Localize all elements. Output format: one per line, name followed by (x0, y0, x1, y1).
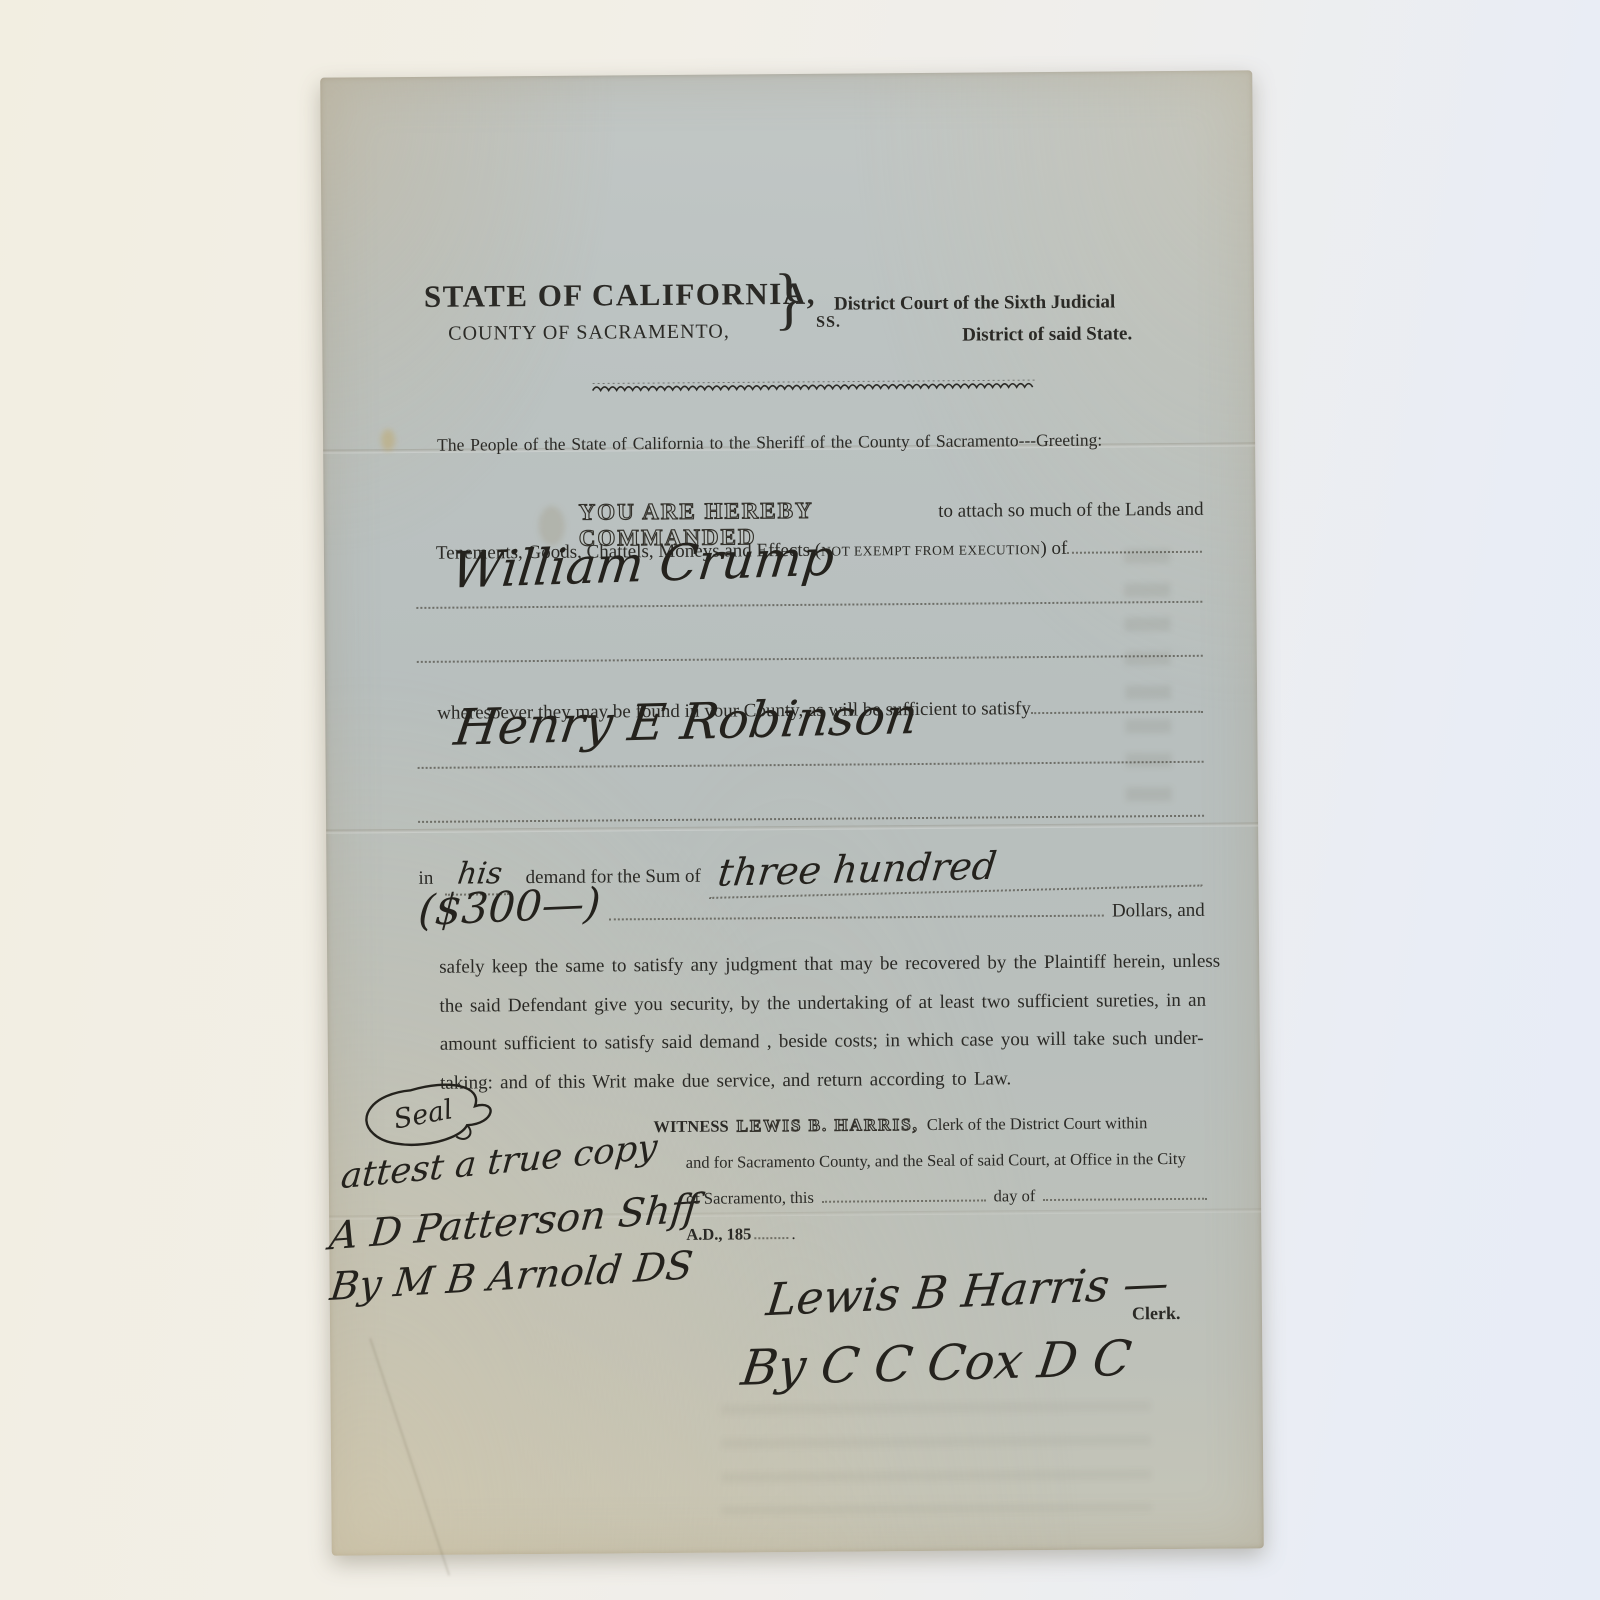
effects-smallcaps-text: NOT EXEMPT FROM EXECUTION (821, 542, 1041, 560)
plaintiff-name-handwriting: Henry E Robinson (451, 687, 922, 757)
diagonal-crease (369, 1338, 450, 1576)
effects-after-text: ) of (1040, 538, 1067, 560)
document-paper: STATE OF CALIFORNIA, COUNTY OF SACRAMENT… (320, 70, 1264, 1555)
defendant-name-handwriting: William Crump (448, 529, 837, 600)
seal-word-handwriting: Seal (391, 1094, 455, 1135)
wavy-divider (591, 378, 1037, 396)
blank-fill-line (1067, 551, 1202, 554)
ruled-dotted-line (416, 599, 1202, 609)
salutation-line: The People of the State of California to… (437, 430, 1102, 456)
witness-line2: and for Sacramento County, and the Seal … (686, 1149, 1186, 1173)
body-paragraph: safely keep the same to satisfy any judg… (439, 943, 1221, 1103)
witness-this-text: of Sacramento, this (686, 1188, 814, 1209)
command-rest-text: to attach so much of the Lands and (938, 499, 1204, 523)
verso-show-through-bottom (721, 1401, 1152, 1514)
court-name-line2: District of said State. (962, 323, 1132, 346)
ruled-dotted-line (418, 813, 1204, 823)
month-blank-line (1043, 1198, 1207, 1201)
dollars-and-text: Dollars, and (1112, 900, 1205, 923)
clerk-signature-handwriting: Lewis B Harris — (764, 1256, 1172, 1326)
witness-line1-rest: Clerk of the District Court within (927, 1113, 1148, 1135)
witness-line4: A.D., 185 . (686, 1224, 806, 1245)
amount-figures-handwriting: ($300—) (417, 878, 602, 935)
clerk-name-outline-text: LEWIS B. HARRIS, (737, 1115, 919, 1136)
amount-line: ($300—) Dollars, and (419, 877, 1205, 939)
year-blank-line (754, 1237, 788, 1239)
ruled-dotted-line (417, 653, 1203, 663)
court-name-line1: District Court of the Sixth Judicial (834, 291, 1115, 315)
blank-fill-line (608, 915, 1103, 921)
header-state: STATE OF CALIFORNIA, (424, 276, 816, 315)
body-line-2: the said Defendant give you security, by… (439, 981, 1220, 1026)
period-text: . (791, 1224, 795, 1244)
body-line-1: safely keep the same to satisfy any judg… (439, 943, 1220, 988)
day-blank-line (822, 1199, 986, 1202)
fold-crease-middle (326, 822, 1258, 833)
clerk-title-text: Clerk. (1132, 1303, 1181, 1324)
witness-word: WITNESS (653, 1117, 728, 1138)
ruled-dotted-line (418, 759, 1204, 769)
blank-fill-line (1031, 711, 1203, 714)
witness-line1: WITNESS LEWIS B. HARRIS, Clerk of the Di… (653, 1113, 1206, 1137)
photo-background: { "document": { "header": { "state": "ST… (0, 0, 1600, 1600)
ad-185-text: A.D., 185 (686, 1224, 751, 1245)
deputy-clerk-signature-handwriting: By C C Cox D C (738, 1330, 1135, 1397)
witness-dayof-text: day of (994, 1186, 1036, 1206)
ss-brace: } (774, 260, 804, 340)
ss-label: SS. (816, 314, 841, 332)
witness-line3: of Sacramento, this day of (686, 1185, 1207, 1209)
header-county: COUNTY OF SACRAMENTO, (448, 320, 730, 345)
age-stain (381, 429, 395, 451)
body-line-4: taking: and of this Writ make due servic… (440, 1058, 1221, 1103)
body-line-3: amount sufficient to satisfy said demand… (440, 1020, 1221, 1065)
